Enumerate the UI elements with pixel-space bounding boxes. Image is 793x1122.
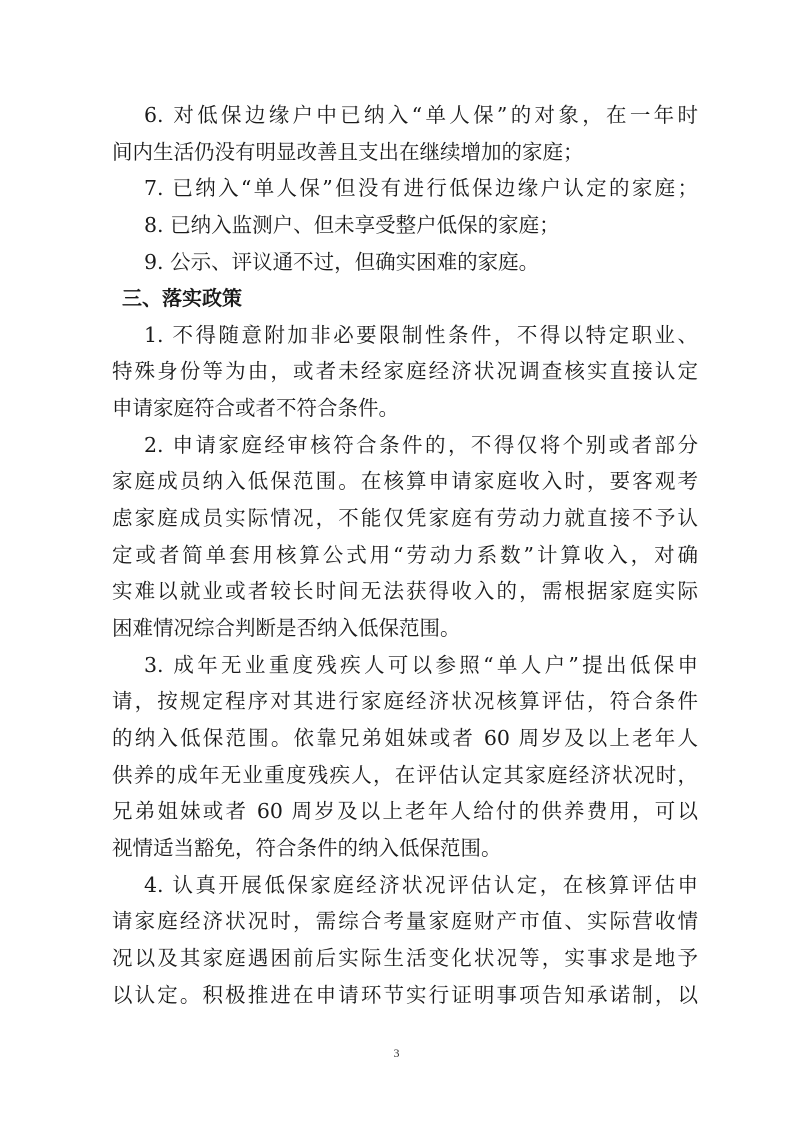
text-line: 况以及其家庭遇困前后实际生活变化状况等，实事求是地予 — [112, 943, 698, 973]
text-line: 3. 成年无业重度残疾人可以参照“单人户”提出低保申 — [144, 650, 698, 680]
text-line: 定或者简单套用核算公式用“劳动力系数”计算收入，对确 — [112, 540, 698, 570]
text-line: 8. 已纳入监测户、但未享受整户低保的家庭； — [144, 210, 698, 240]
text-line: 特殊身份等为由，或者未经家庭经济状况调查核实直接认定 — [112, 356, 698, 386]
text-line: 的纳入低保范围。依靠兄弟姐妹或者 60 周岁及以上老年人 — [112, 723, 698, 753]
text-line: 困难情况综合判断是否纳入低保范围。 — [112, 613, 698, 643]
text-line: 视情适当豁免，符合条件的纳入低保范围。 — [112, 833, 698, 863]
text-line: 间内生活仍没有明显改善且支出在继续增加的家庭； — [112, 137, 698, 167]
text-line: 家庭成员纳入低保范围。在核算申请家庭收入时，要客观考 — [112, 466, 698, 496]
text-line: 以认定。积极推进在申请环节实行证明事项告知承诺制，以 — [112, 980, 698, 1010]
text-line: 实难以就业或者较长时间无法获得收入的，需根据家庭实际 — [112, 576, 698, 606]
text-line: 6. 对低保边缘户中已纳入“单人保”的对象，在一年时 — [144, 100, 698, 130]
section-heading: 三、落实政策 — [122, 283, 708, 313]
text-line: 供养的成年无业重度残疾人，在评估认定其家庭经济状况时， — [112, 760, 698, 790]
text-line: 申请家庭符合或者不符合条件。 — [112, 393, 698, 423]
document-page: 6. 对低保边缘户中已纳入“单人保”的对象，在一年时间内生活仍没有明显改善且支出… — [0, 0, 793, 1122]
text-line: 虑家庭成员实际情况，不能仅凭家庭有劳动力就直接不予认 — [112, 503, 698, 533]
text-line: 1. 不得随意附加非必要限制性条件，不得以特定职业、 — [144, 320, 698, 350]
text-line: 7. 已纳入“单人保”但没有进行低保边缘户认定的家庭； — [144, 173, 698, 203]
page-number: 3 — [0, 1046, 793, 1061]
text-line: 9. 公示、评议通不过，但确实困难的家庭。 — [144, 247, 698, 277]
text-line: 兄弟姐妹或者 60 周岁及以上老年人给付的供养费用，可以 — [112, 796, 698, 826]
text-line: 请，按规定程序对其进行家庭经济状况核算评估，符合条件 — [112, 686, 698, 716]
text-line: 请家庭经济状况时，需综合考量家庭财产市值、实际营收情 — [112, 906, 698, 936]
text-line: 4. 认真开展低保家庭经济状况评估认定，在核算评估申 — [144, 870, 698, 900]
text-line: 2. 申请家庭经审核符合条件的，不得仅将个别或者部分 — [144, 430, 698, 460]
